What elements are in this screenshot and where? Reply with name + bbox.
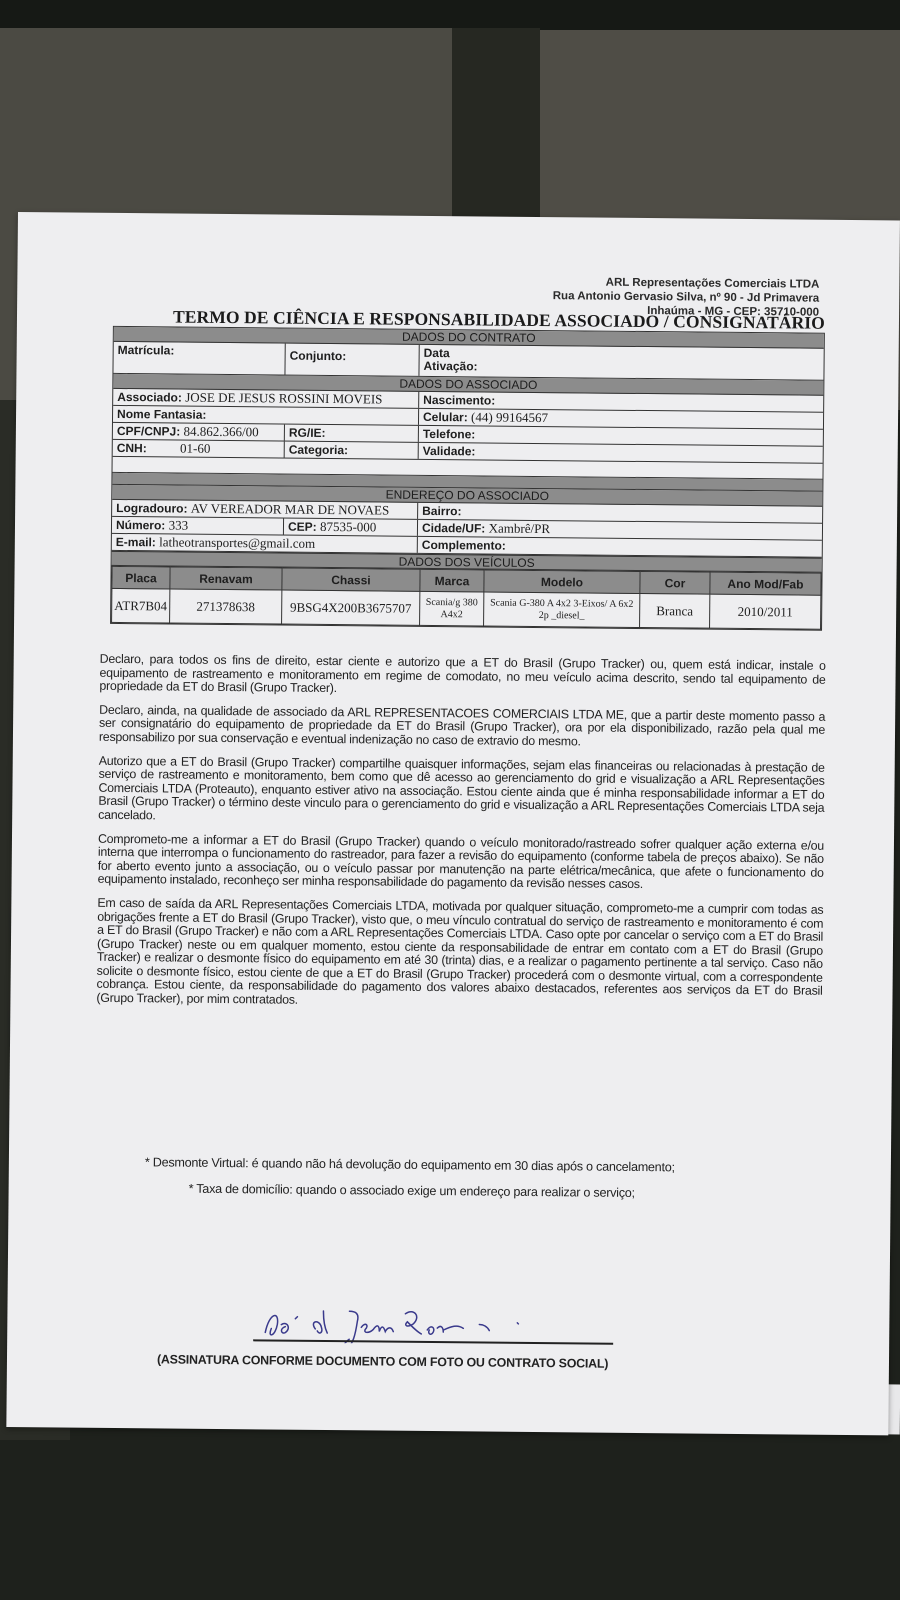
- table-row: ATR7B04 271378638 9BSG4X200B3675707 Scan…: [112, 588, 821, 629]
- field-cnh: CNH: 01-60: [113, 440, 285, 458]
- vehicles-table: Placa Renavam Chassi Marca Modelo Cor An…: [111, 566, 822, 630]
- col-renavam: Renavam: [170, 567, 282, 590]
- document-page: ARL Representações Comerciais LTDA Rua A…: [6, 212, 900, 1435]
- declaration-text: Declaro, para todos os fins de direito, …: [96, 653, 825, 1023]
- field-cep: CEP: 87535-000: [284, 519, 418, 536]
- paragraph: Em caso de saída da ARL Representações C…: [96, 897, 823, 1013]
- field-cpf-cnpj: CPF/CNPJ: 84.862.366/00: [113, 423, 285, 441]
- form-table: DADOS DO CONTRATO Matrícula: Conjunto: D…: [110, 326, 825, 631]
- col-chassi: Chassi: [282, 568, 420, 591]
- field-nome-fantasia: Nome Fantasia:: [113, 406, 419, 425]
- paragraph: Autorizo que a ET do Brasil (Grupo Track…: [98, 754, 825, 829]
- col-cor: Cor: [640, 571, 710, 594]
- paragraph: Declaro, para todos os fins de direito, …: [99, 653, 825, 701]
- cell-placa: ATR7B04: [112, 588, 170, 623]
- paragraph: Comprometo-me a informar a ET do Brasil …: [98, 832, 824, 893]
- cell-modelo: Scania G-380 A 4x2 3-Eixos/ A 6x2 2p _di…: [484, 592, 640, 627]
- col-ano: Ano Mod/Fab: [710, 572, 821, 595]
- background-dark: [0, 0, 900, 30]
- field-data-ativacao: Data Ativação:: [419, 345, 823, 380]
- cell-ano: 2010/2011: [710, 594, 821, 629]
- field-rg-ie: RG/IE:: [285, 425, 419, 442]
- cell-chassi: 9BSG4X200B3675707: [282, 590, 420, 625]
- field-conjunto: Conjunto:: [285, 344, 419, 376]
- cell-marca: Scania/g 380 A4x2: [420, 591, 484, 626]
- cell-renavam: 271378638: [170, 589, 282, 624]
- col-modelo: Modelo: [484, 570, 640, 593]
- field-matricula: Matrícula:: [113, 342, 285, 375]
- field-email: E-mail: latheotransportes@gmail.com: [112, 534, 418, 553]
- field-logradouro: Logradouro: AV VEREADOR MAR DE NOVAES: [112, 500, 418, 519]
- signature-caption: (ASSINATURA CONFORME DOCUMENTO COM FOTO …: [157, 1352, 608, 1370]
- note-taxa-domicilio: * Taxa de domicílio: quando o associado …: [189, 1182, 635, 1200]
- note-desmonte-virtual: * Desmonte Virtual: é quando não há devo…: [145, 1155, 675, 1174]
- col-placa: Placa: [112, 566, 170, 589]
- paragraph: Declaro, ainda, na qualidade de associad…: [99, 704, 825, 752]
- field-numero: Número: 333: [112, 517, 284, 535]
- col-marca: Marca: [420, 569, 484, 592]
- field-associado: Associado: JOSE DE JESUS ROSSINI MOVEIS: [113, 389, 419, 408]
- company-address: Rua Antonio Gervasio Silva, nº 90 - Jd P…: [553, 289, 820, 306]
- field-categoria: Categoria:: [285, 442, 419, 459]
- cell-cor: Branca: [640, 593, 710, 628]
